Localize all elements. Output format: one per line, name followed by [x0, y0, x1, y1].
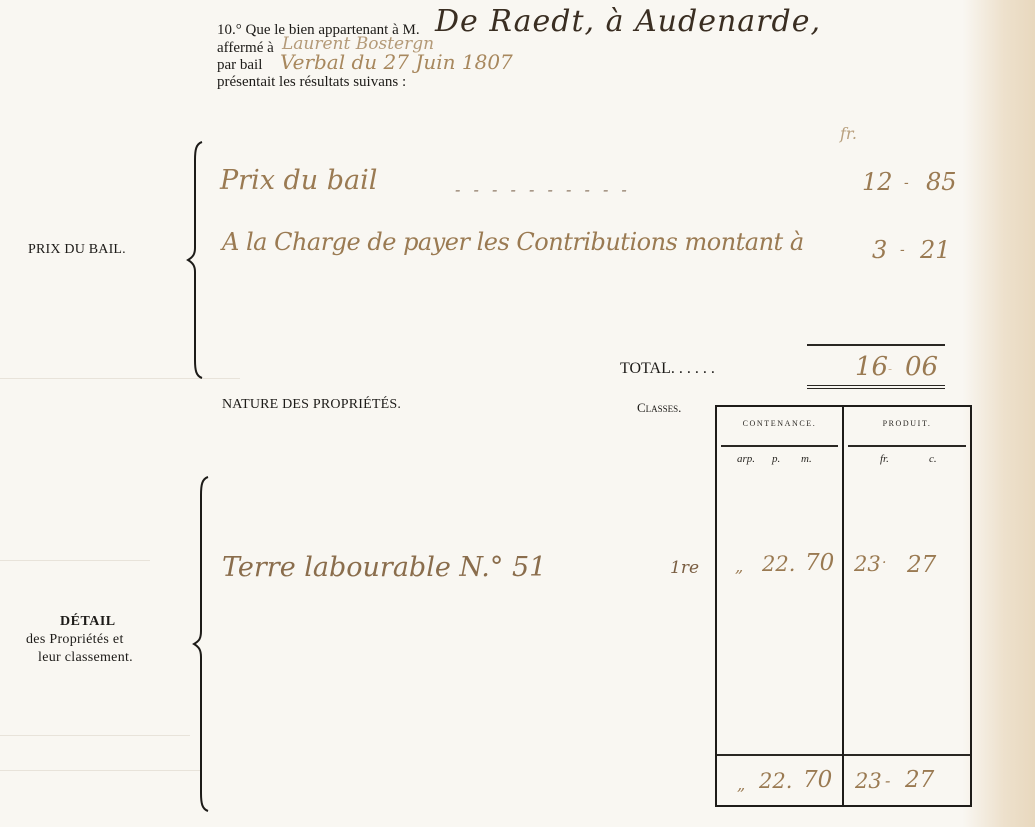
detail-label-title: DÉTAIL	[60, 614, 116, 630]
property-classe: 1re	[670, 558, 699, 578]
unit-perches: p.	[772, 453, 780, 465]
row-produit-centimes: 27	[907, 552, 936, 578]
header-line-3-printed: par bail	[217, 57, 262, 74]
prix-entry-2-centimes: 21	[920, 236, 951, 264]
produit-footer-rule	[844, 754, 970, 756]
detail-bracket	[192, 475, 206, 813]
header-line-4-printed: présentait les résultats suivans :	[217, 74, 406, 91]
produit-header-rule	[848, 445, 966, 447]
unit-metres: m.	[801, 453, 812, 465]
total-produit-francs: 23	[855, 769, 882, 793]
dash: -	[885, 771, 890, 790]
header-line-2-printed: affermé à	[217, 40, 274, 57]
total-double-rule-top	[807, 385, 945, 386]
show-through-line	[0, 735, 190, 736]
total-label: TOTAL. . . . . .	[620, 360, 715, 378]
classes-heading: Classes.	[637, 400, 681, 416]
total-arpents: „	[737, 775, 745, 794]
total-top-rule	[807, 344, 945, 346]
dash: ·	[882, 555, 886, 571]
column-divider	[842, 407, 844, 805]
header-owner-handwritten: De Raedt, à Audenarde,	[435, 4, 821, 39]
produit-column-header: PRODUIT.	[844, 419, 970, 428]
total-double-rule-bottom	[807, 388, 945, 389]
prix-entry-1-description: Prix du bail	[220, 165, 377, 196]
unit-centimes: c.	[929, 453, 937, 465]
header-lease-handwritten: Verbal du 27 Juin 1807	[280, 50, 513, 74]
detail-label-line3: leur classement.	[38, 650, 133, 666]
dash: -	[904, 175, 909, 191]
row-perches: 22.	[762, 552, 795, 576]
show-through-line	[0, 770, 200, 771]
show-through-line	[0, 560, 150, 561]
dash: -	[900, 242, 905, 258]
prix-entry-2-francs: 3	[872, 236, 887, 264]
dash: -	[888, 362, 892, 376]
row-arpents: „	[735, 557, 743, 576]
total-perches: 22.	[759, 769, 792, 793]
prix-entry-2-description: A la Charge de payer les Contributions m…	[222, 228, 804, 256]
prix-entry-1-centimes: 85	[926, 168, 957, 196]
total-produit-centimes: 27	[905, 767, 934, 793]
properties-table: CONTENANCE. PRODUIT. arp. p. m. fr. c. „…	[715, 405, 972, 807]
unit-arpents: arp.	[737, 453, 755, 465]
property-nature: Terre labourable N.° 51	[222, 552, 546, 583]
row-metres: 70	[805, 550, 834, 576]
total-centimes: 06	[905, 352, 938, 382]
unit-francs: fr.	[880, 453, 889, 465]
total-metres: 70	[803, 767, 832, 793]
prix-du-bail-bracket	[186, 140, 200, 380]
prix-entry-1-leader: - - - - - - - - - -	[455, 180, 631, 199]
contenance-column-header: CONTENANCE.	[717, 419, 842, 428]
currency-mark: fr.	[840, 124, 857, 143]
nature-heading: NATURE DES PROPRIÉTÉS.	[222, 397, 401, 413]
contenance-footer-rule	[717, 754, 842, 756]
total-francs: 16	[855, 352, 888, 382]
prix-du-bail-label: PRIX DU BAIL.	[28, 242, 126, 258]
row-produit-francs: 23	[854, 552, 881, 576]
prix-entry-1-francs: 12	[862, 168, 893, 196]
detail-label-line2: des Propriétés et	[26, 632, 124, 648]
contenance-header-rule	[721, 445, 838, 447]
ledger-page: 10.° Que le bien appartenant à M. De Rae…	[0, 0, 1035, 827]
